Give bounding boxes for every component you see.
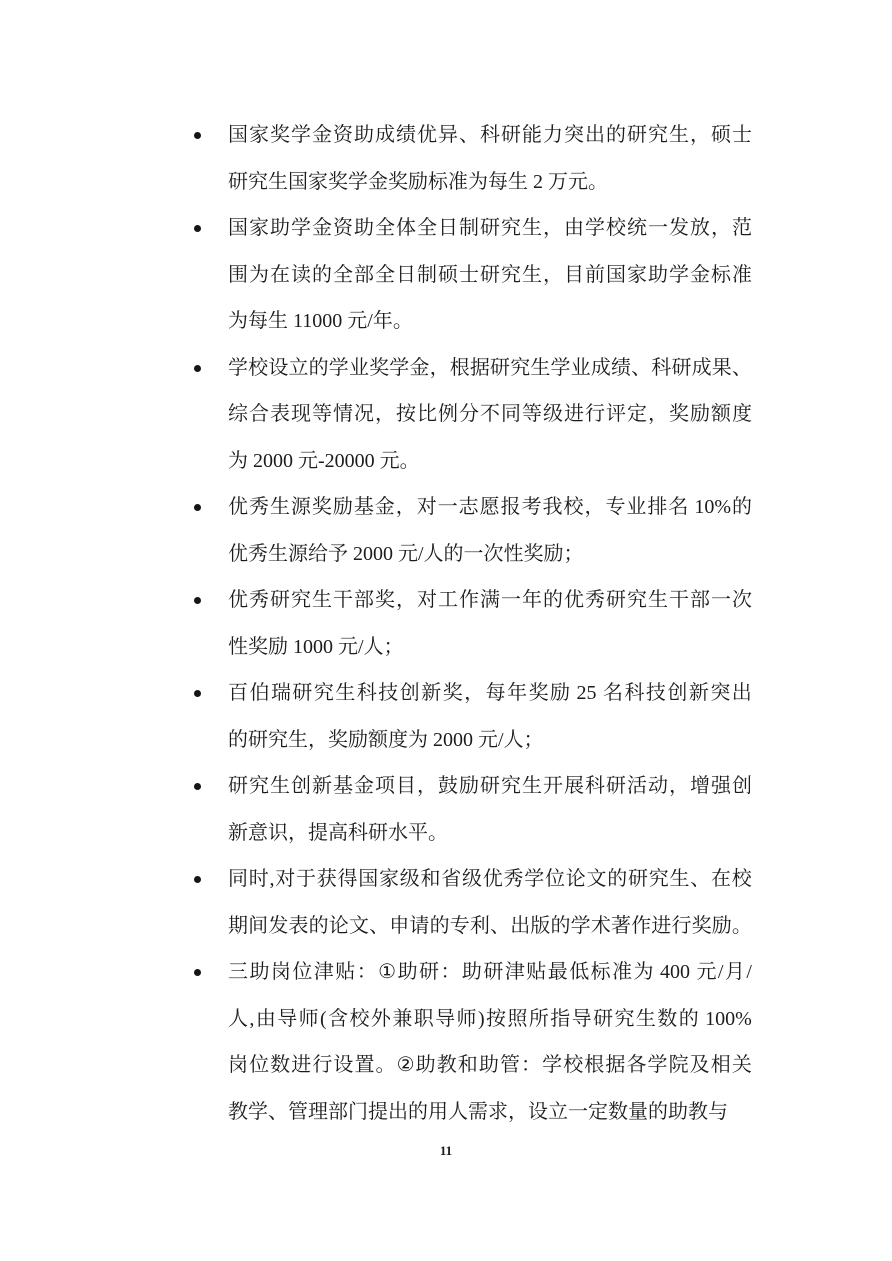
bullet-icon	[194, 132, 201, 139]
text-line: 围为在读的全部全日制硕士研究生，目前国家助学金标准	[228, 252, 752, 299]
text-line: 百伯瑞研究生科技创新奖，每年奖励 25 名科技创新突出	[228, 670, 752, 717]
list-item: 国家助学金资助全体全日制研究生，由学校统一发放，范围为在读的全部全日制硕士研究生…	[228, 205, 752, 345]
bullet-icon	[194, 690, 201, 697]
list-item: 同时,对于获得国家级和省级优秀学位论文的研究生、在校期间发表的论文、申请的专利、…	[228, 856, 752, 949]
page-number: 11	[0, 1141, 892, 1161]
text-line: 研究生国家奖学金奖励标准为每生 2 万元。	[228, 159, 752, 206]
bullet-icon	[194, 365, 201, 372]
text-line: 性奖励 1000 元/人；	[228, 624, 752, 671]
text-line: 的研究生，奖励额度为 2000 元/人；	[228, 717, 752, 764]
text-line: 综合表现等情况，按比例分不同等级进行评定，奖励额度	[228, 391, 752, 438]
text-line: 三助岗位津贴：①助研：助研津贴最低标准为 400 元/月/	[228, 949, 752, 996]
document-page: 国家奖学金资助成绩优异、科研能力突出的研究生，硕士研究生国家奖学金奖励标准为每生…	[0, 0, 892, 1261]
bullet-icon	[194, 597, 201, 604]
text-line: 优秀研究生干部奖，对工作满一年的优秀研究生干部一次	[228, 577, 752, 624]
bullet-icon	[194, 504, 201, 511]
list-item: 研究生创新基金项目，鼓励研究生开展科研活动，增强创新意识，提高科研水平。	[228, 763, 752, 856]
text-line: 国家助学金资助全体全日制研究生，由学校统一发放，范	[228, 205, 752, 252]
text-line: 优秀生源奖励基金，对一志愿报考我校，专业排名 10%的	[228, 484, 752, 531]
list-item: 优秀研究生干部奖，对工作满一年的优秀研究生干部一次性奖励 1000 元/人；	[228, 577, 752, 670]
list-item: 优秀生源奖励基金，对一志愿报考我校，专业排名 10%的优秀生源给予 2000 元…	[228, 484, 752, 577]
bullet-icon	[194, 225, 201, 232]
list-item: 国家奖学金资助成绩优异、科研能力突出的研究生，硕士研究生国家奖学金奖励标准为每生…	[228, 112, 752, 205]
bullet-icon	[194, 876, 201, 883]
text-line: 优秀生源给予 2000 元/人的一次性奖励；	[228, 531, 752, 578]
text-line: 岗位数进行设置。②助教和助管：学校根据各学院及相关	[228, 1042, 752, 1089]
text-line: 人,由导师(含校外兼职导师)按照所指导研究生数的 100%	[228, 996, 752, 1043]
list-item: 百伯瑞研究生科技创新奖，每年奖励 25 名科技创新突出的研究生，奖励额度为 20…	[228, 670, 752, 763]
bullet-icon	[194, 783, 201, 790]
list-item: 三助岗位津贴：①助研：助研津贴最低标准为 400 元/月/人,由导师(含校外兼职…	[228, 949, 752, 1135]
bullet-icon	[194, 969, 201, 976]
text-line: 国家奖学金资助成绩优异、科研能力突出的研究生，硕士	[228, 112, 752, 159]
text-line: 研究生创新基金项目，鼓励研究生开展科研活动，增强创	[228, 763, 752, 810]
text-line: 同时,对于获得国家级和省级优秀学位论文的研究生、在校	[228, 856, 752, 903]
text-line: 为 2000 元-20000 元。	[228, 438, 752, 485]
bullet-list: 国家奖学金资助成绩优异、科研能力突出的研究生，硕士研究生国家奖学金奖励标准为每生…	[228, 112, 752, 1135]
text-line: 为每生 11000 元/年。	[228, 298, 752, 345]
text-line: 期间发表的论文、申请的专利、出版的学术著作进行奖励。	[228, 903, 752, 950]
text-line: 教学、管理部门提出的用人需求，设立一定数量的助教与	[228, 1089, 752, 1136]
text-line: 学校设立的学业奖学金，根据研究生学业成绩、科研成果、	[228, 345, 752, 392]
text-line: 新意识，提高科研水平。	[228, 810, 752, 857]
list-item: 学校设立的学业奖学金，根据研究生学业成绩、科研成果、综合表现等情况，按比例分不同…	[228, 345, 752, 485]
